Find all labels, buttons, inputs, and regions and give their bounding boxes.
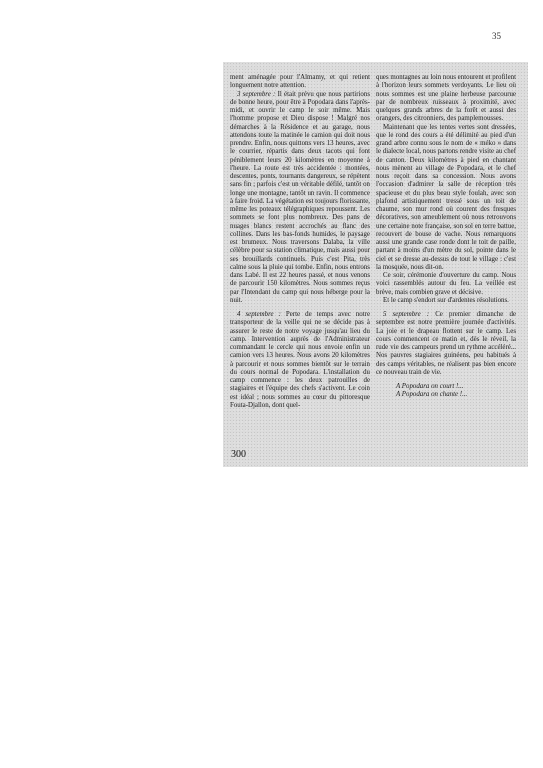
date-heading: 4 septembre : bbox=[237, 311, 281, 318]
date-heading: 3 septembre : bbox=[237, 91, 275, 98]
right-column: ques montagnes au loin nous entourent et… bbox=[376, 74, 516, 400]
date-heading: 5 septembre : bbox=[383, 311, 429, 318]
left-column: ment aménagée pour l'Almamy, et qui reti… bbox=[230, 74, 370, 410]
paragraph-text: Perte de temps avec notre transporteur d… bbox=[230, 311, 370, 409]
paragraph: Maintenant que les tentes vertes sont dr… bbox=[376, 124, 516, 273]
paragraph: 5 septembre : Ce premier dimanche de sep… bbox=[376, 311, 516, 377]
paragraph-text: Il était prévu que nous partirions de bo… bbox=[230, 91, 370, 304]
paragraph: ques montagnes au loin nous entourent et… bbox=[376, 74, 516, 124]
verse-line: A Popodara on court !... bbox=[396, 383, 516, 391]
verse: A Popodara on court !... A Popodara on c… bbox=[396, 383, 516, 400]
paragraph: Ce soir, cérémonie d'ouverture du camp. … bbox=[376, 272, 516, 297]
paragraph: 4 septembre : Perte de temps avec notre … bbox=[230, 311, 370, 410]
paragraph: Et le camp s'endort sur d'ardentes résol… bbox=[376, 297, 516, 305]
folio-number: 300 bbox=[231, 449, 246, 460]
verse-line: A Popodara on chante !... bbox=[396, 391, 516, 399]
page-number: 35 bbox=[492, 31, 501, 41]
paragraph: 3 septembre : Il était prévu que nous pa… bbox=[230, 91, 370, 306]
paragraph: ment aménagée pour l'Almamy, et qui reti… bbox=[230, 74, 370, 91]
scanned-page: ment aménagée pour l'Almamy, et qui reti… bbox=[223, 62, 528, 467]
paragraph-text: Ce premier dimanche de septembre est not… bbox=[376, 311, 516, 376]
